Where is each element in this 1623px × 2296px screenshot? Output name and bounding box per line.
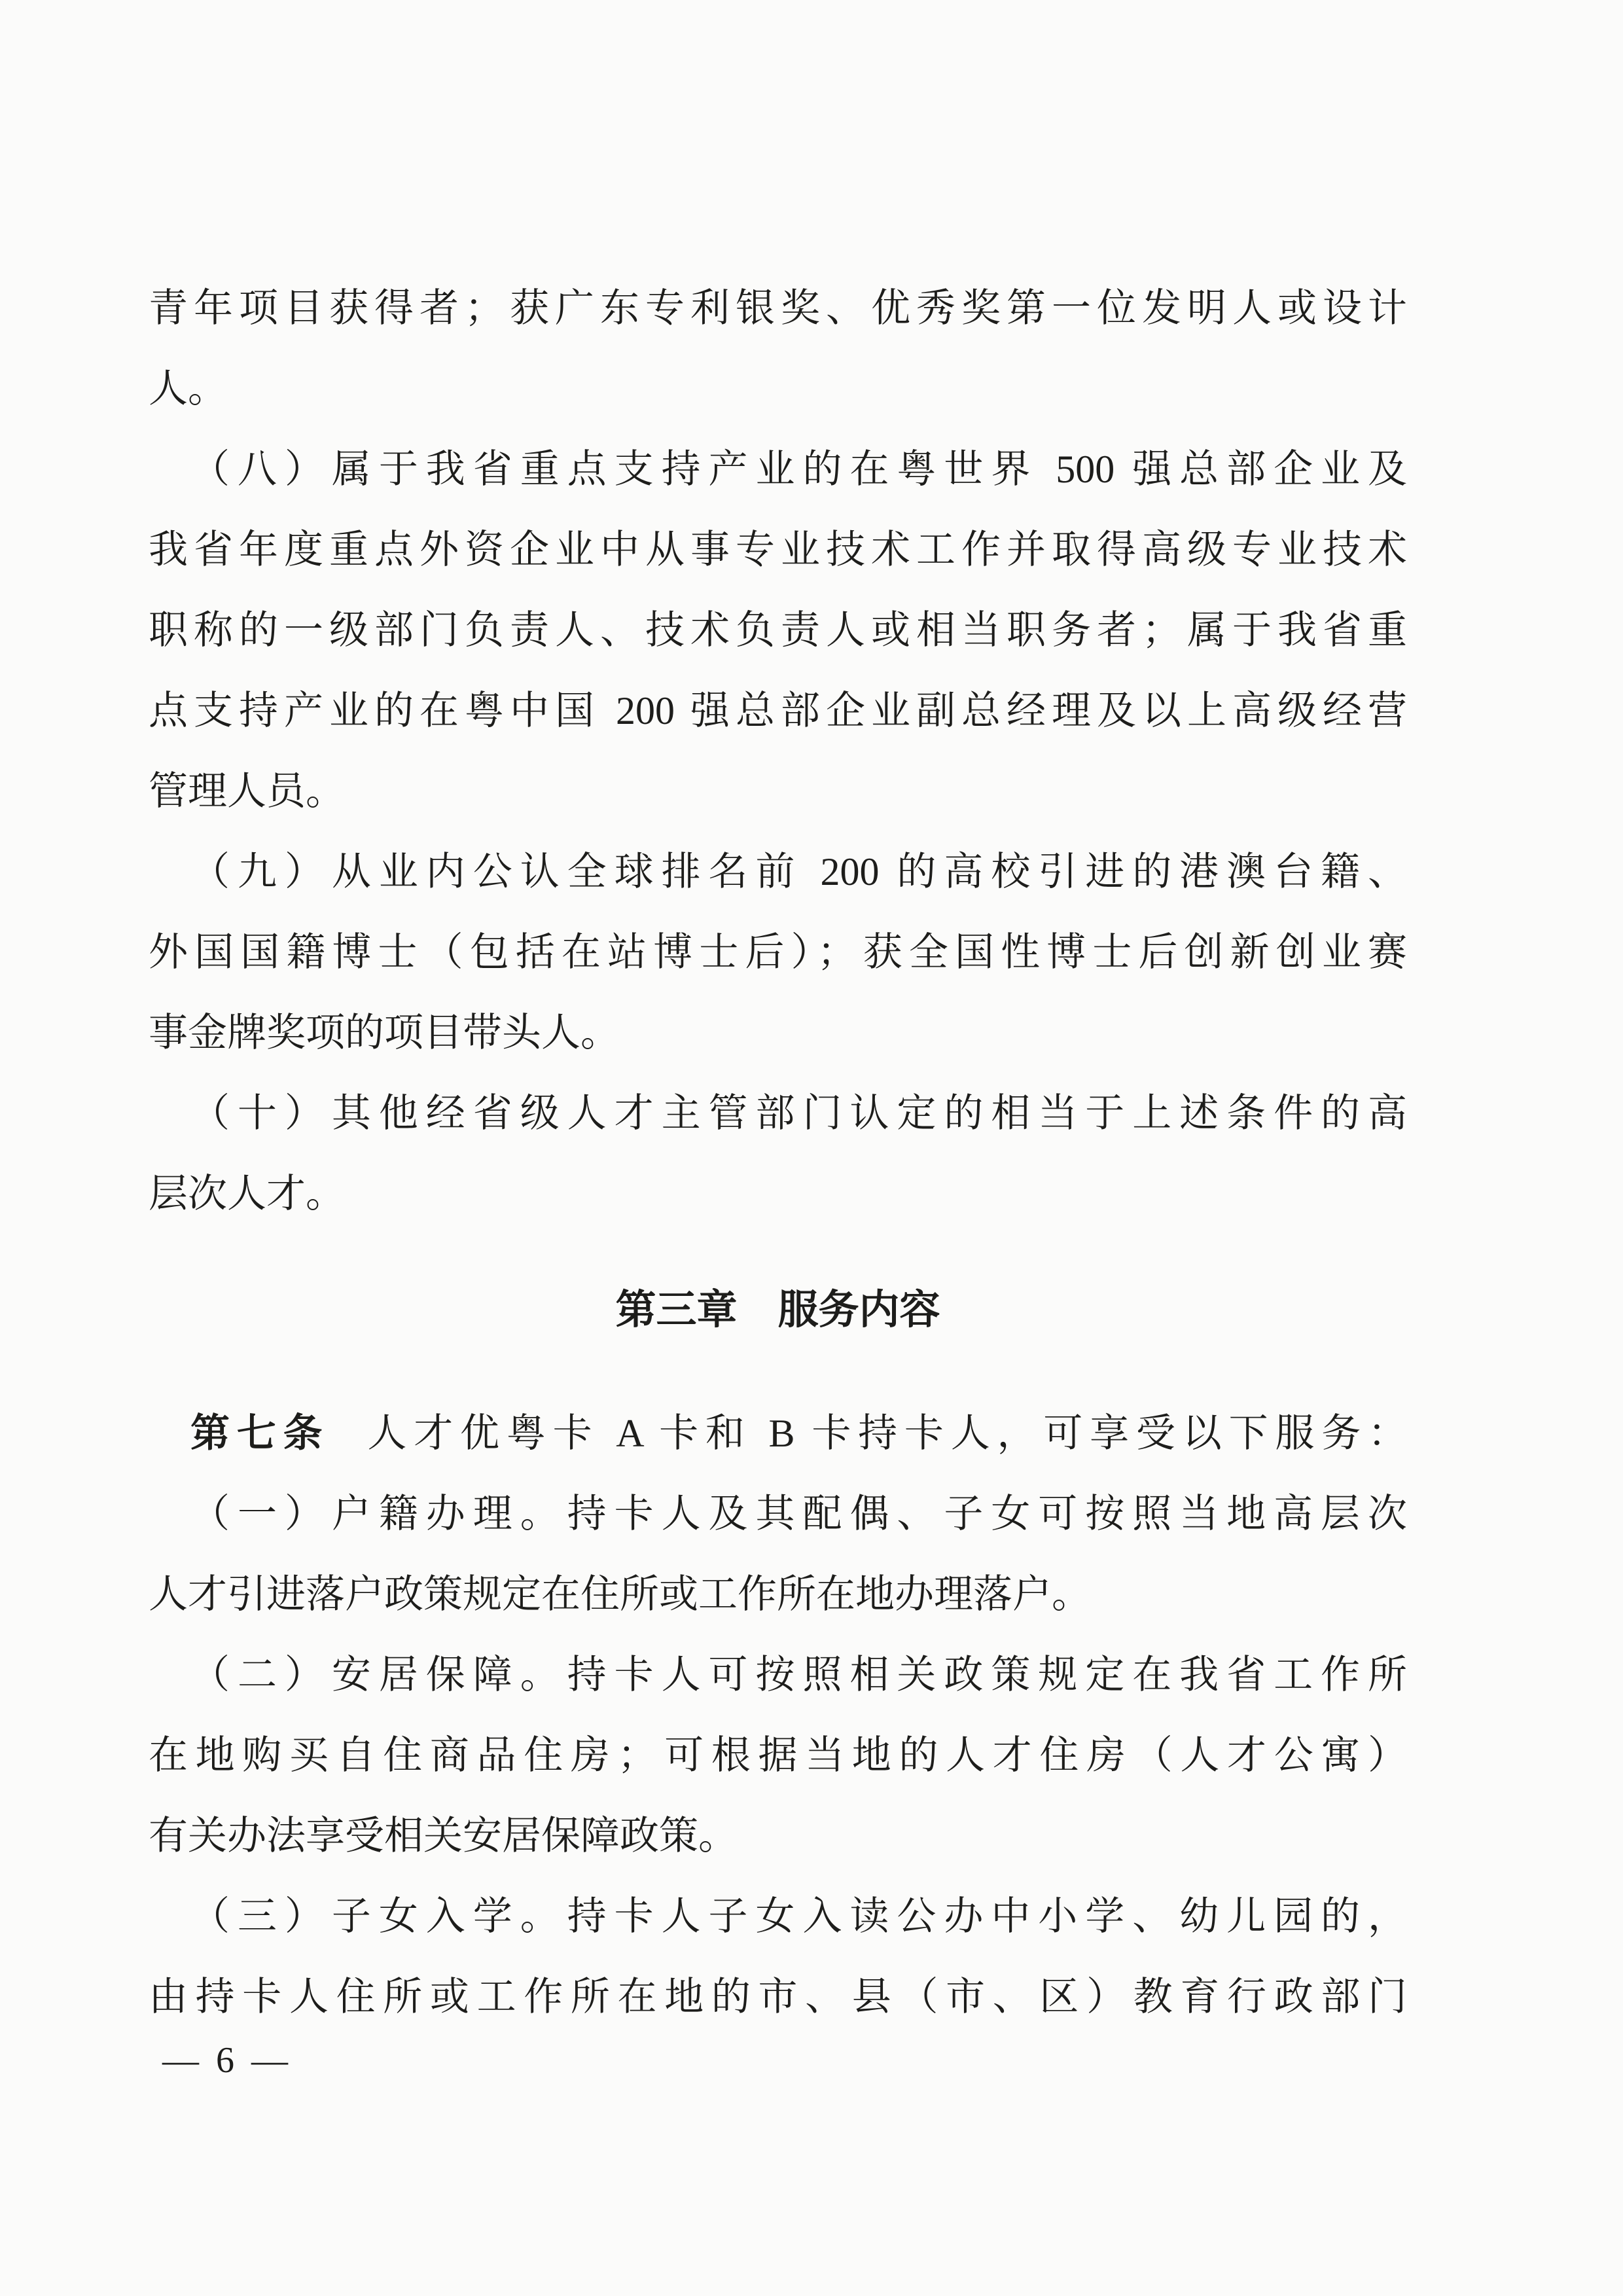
body-line: 职称的一级部门负责人、技术负责人或相当职务者；属于我省重	[149, 590, 1407, 671]
body-line: 外国国籍博士（包括在站博士后）；获全国性博士后创新创业赛	[149, 912, 1407, 993]
body-line: （一）户籍办理。持卡人及其配偶、子女可按照当地高层次	[149, 1474, 1407, 1554]
body-line: 我省年度重点外资企业中从事专业技术工作并取得高级专业技术	[149, 510, 1407, 590]
body-line: 人才引进落户政策规定在住所或工作所在地办理落户。	[149, 1554, 1407, 1635]
body-line: （九）从业内公认全球排名前 200 的高校引进的港澳台籍、	[149, 832, 1407, 912]
chapter-heading: 第三章 服务内容	[149, 1270, 1407, 1351]
page-number: — 6 —	[162, 2041, 292, 2080]
body-line: （十）其他经省级人才主管部门认定的相当于上述条件的高	[149, 1073, 1407, 1154]
body-line: （八）属于我省重点支持产业的在粤世界 500 强总部企业及	[149, 429, 1407, 510]
body-line: 青年项目获得者；获广东专利银奖、优秀奖第一位发明人或设计	[149, 268, 1407, 349]
body-line: （三）子女入学。持卡人子女入读公办中小学、幼儿园的，	[149, 1876, 1407, 1957]
document-page: 青年项目获得者；获广东专利银奖、优秀奖第一位发明人或设计 人。 （八）属于我省重…	[0, 0, 1623, 2296]
body-line: 在地购买自住商品住房；可根据当地的人才住房（人才公寓）	[149, 1715, 1407, 1796]
body-line: 事金牌奖项的项目带头人。	[149, 993, 1407, 1073]
article-line: 第七条人才优粤卡 A 卡和 B 卡持卡人，可享受以下服务：	[149, 1393, 1407, 1474]
body-line: （二）安居保障。持卡人可按照相关政策规定在我省工作所	[149, 1635, 1407, 1715]
article-text: 人才优粤卡 A 卡和 B 卡持卡人，可享受以下服务：	[367, 1412, 1407, 1455]
body-line: 点支持产业的在粤中国 200 强总部企业副总经理及以上高级经营	[149, 671, 1407, 751]
body-line: 管理人员。	[149, 751, 1407, 832]
body-line: 人。	[149, 349, 1407, 429]
document-body: 青年项目获得者；获广东专利银奖、优秀奖第一位发明人或设计 人。 （八）属于我省重…	[149, 268, 1407, 2037]
body-line: 层次人才。	[149, 1154, 1407, 1234]
body-line: 由持卡人住所或工作所在地的市、县（市、区）教育行政部门	[149, 1957, 1407, 2037]
article-number: 第七条	[190, 1412, 329, 1455]
body-line: 有关办法享受相关安居保障政策。	[149, 1796, 1407, 1876]
